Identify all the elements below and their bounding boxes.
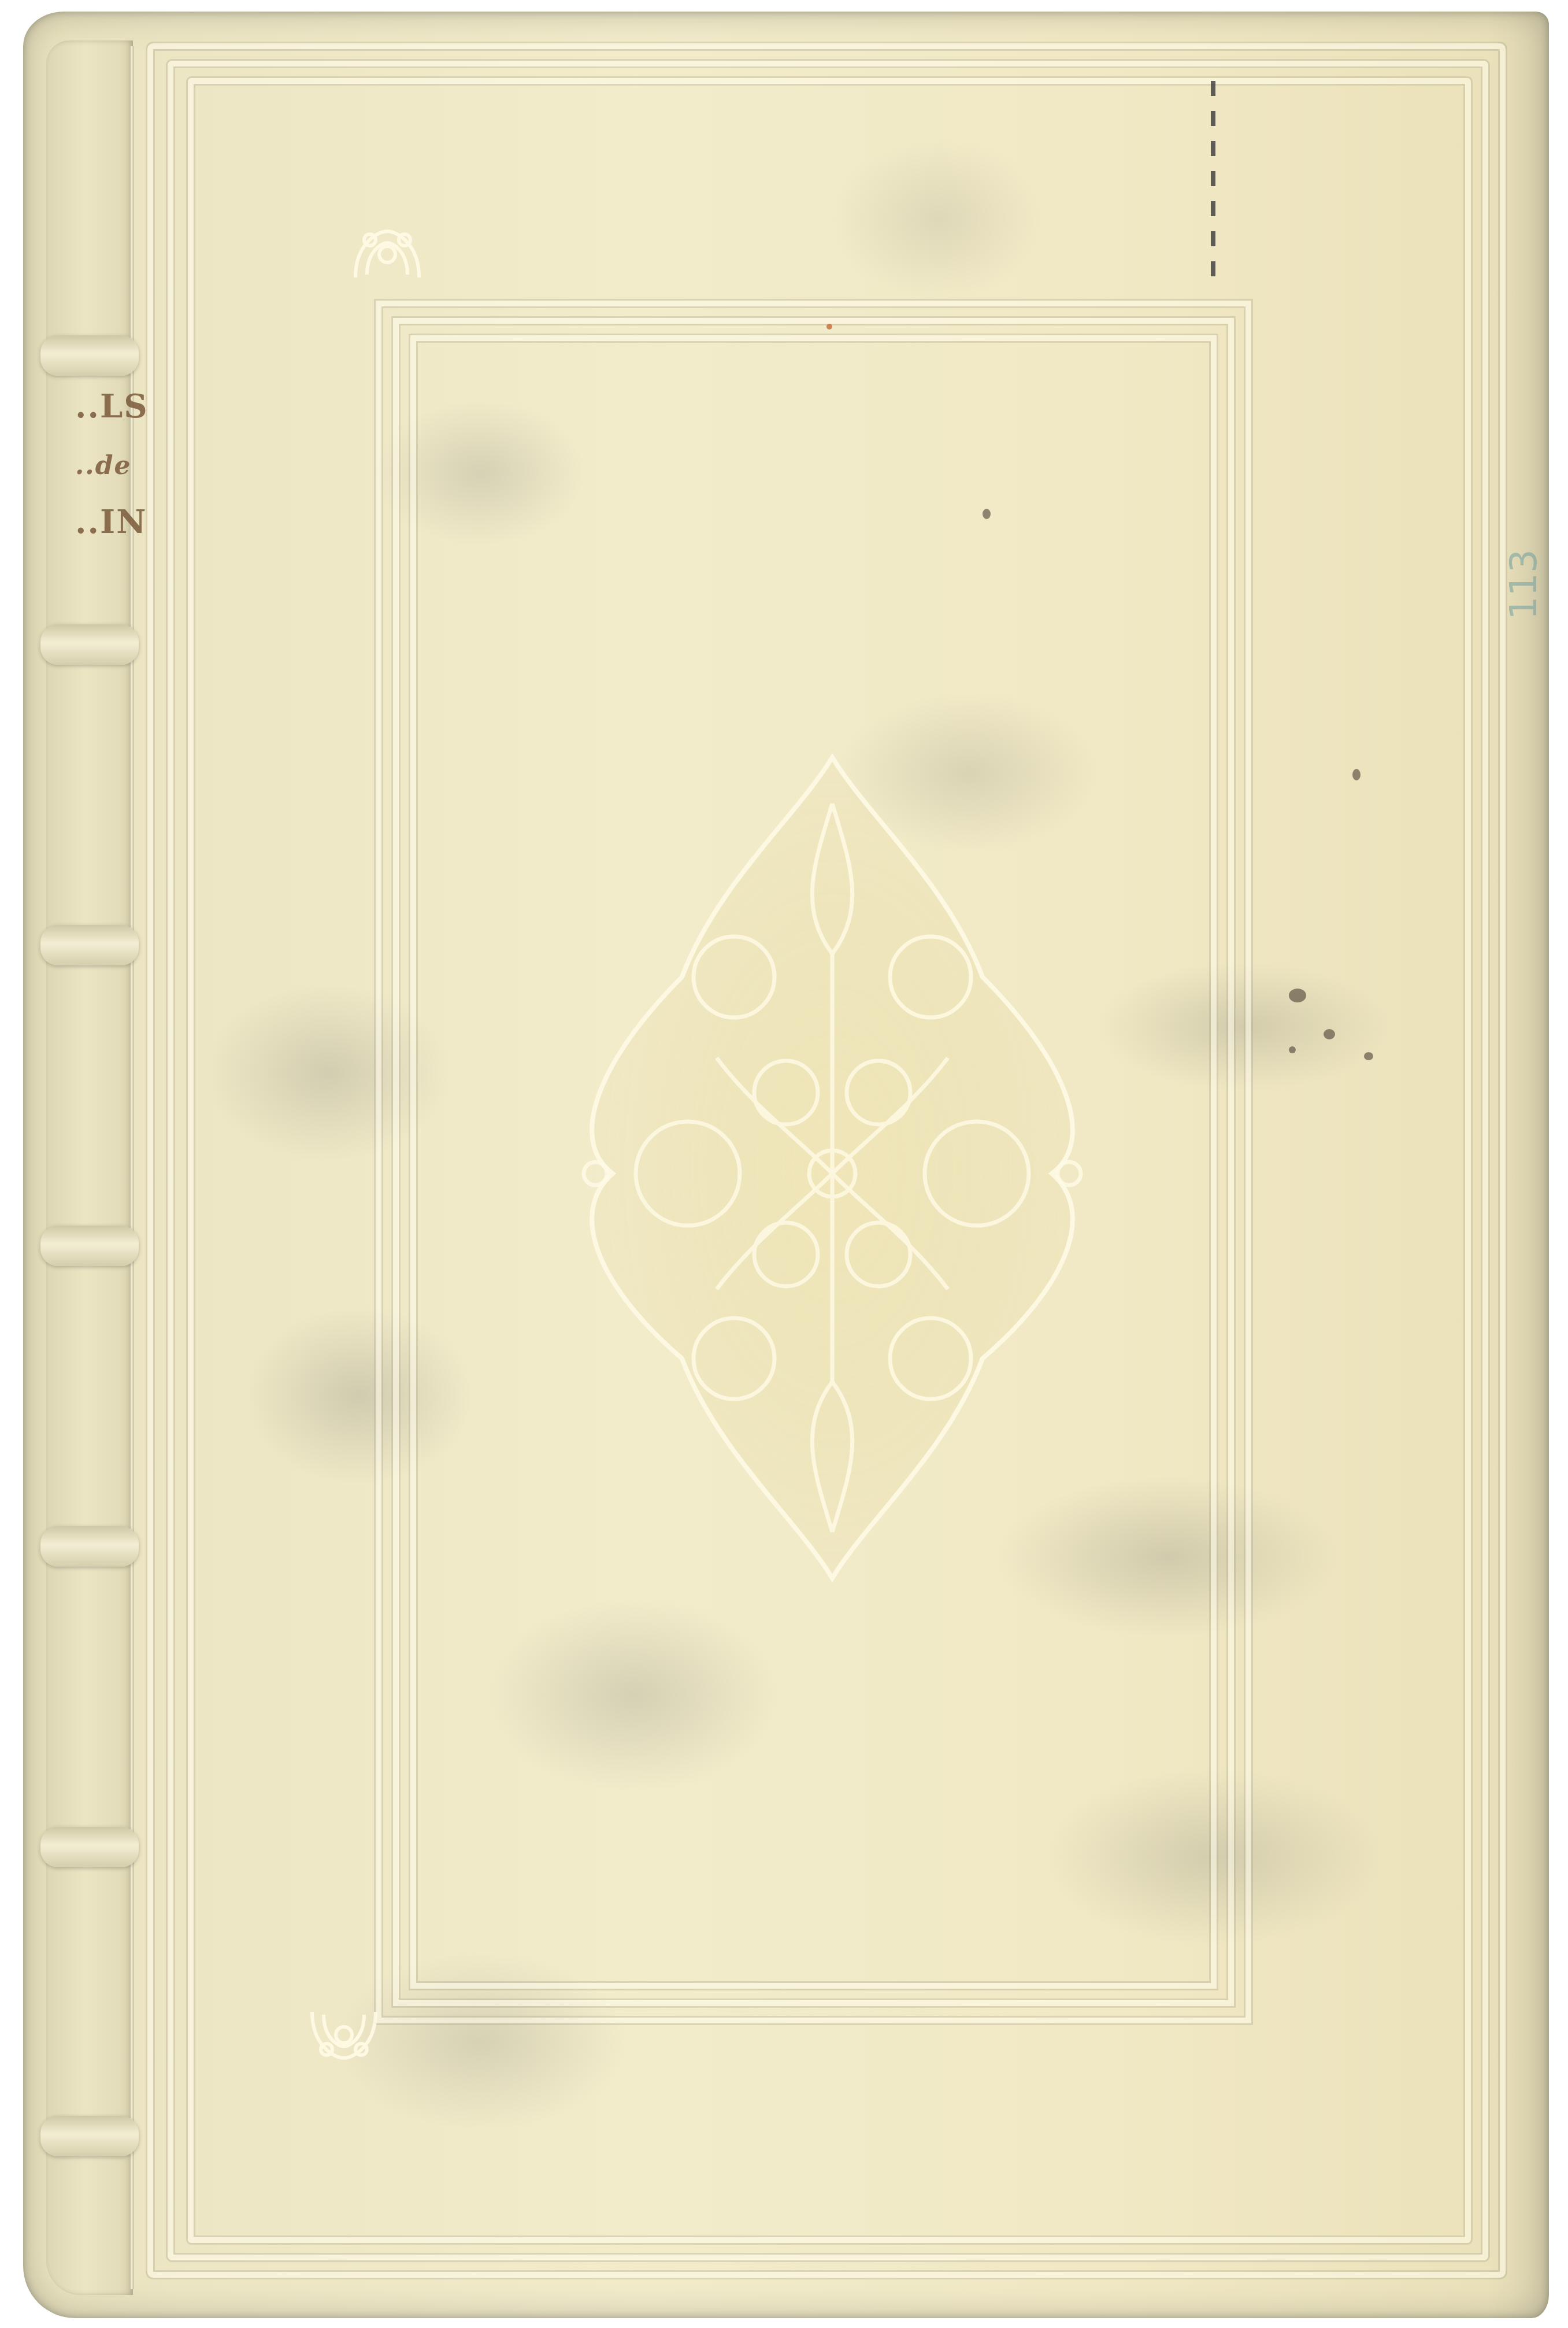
spine-raised-band	[40, 624, 139, 665]
central-arabesque-ornament-icon	[543, 734, 1121, 1601]
spine-raised-band	[40, 335, 139, 376]
book-cover: ..LS ..de ..IN	[23, 12, 1549, 2318]
spine-title-line: ..de	[75, 451, 131, 480]
stain-spot	[1289, 1046, 1296, 1053]
spine-title-line: ..IN	[75, 503, 147, 541]
spine-raised-band	[40, 1526, 139, 1567]
stain-spot	[826, 324, 832, 330]
spine-raised-band	[40, 1827, 139, 1867]
spine-raised-band	[40, 1226, 139, 1266]
stain-spot	[1364, 1052, 1373, 1060]
spine-raised-band	[40, 2116, 139, 2156]
stain-spot	[1289, 989, 1306, 1002]
stain-spot	[1324, 1029, 1335, 1039]
book-spine	[46, 40, 133, 2295]
spine-joint	[131, 46, 134, 2289]
blue-ink-shelfmark: 113	[1503, 549, 1545, 620]
spine-raised-band	[40, 925, 139, 965]
stain-spot	[1352, 769, 1361, 780]
corner-fleuron-icon	[344, 220, 431, 289]
ink-dash-mark	[1211, 81, 1215, 277]
corner-fleuron-icon	[301, 2000, 387, 2070]
spine-title-line: ..LS	[75, 387, 149, 425]
stain-spot	[983, 509, 991, 519]
